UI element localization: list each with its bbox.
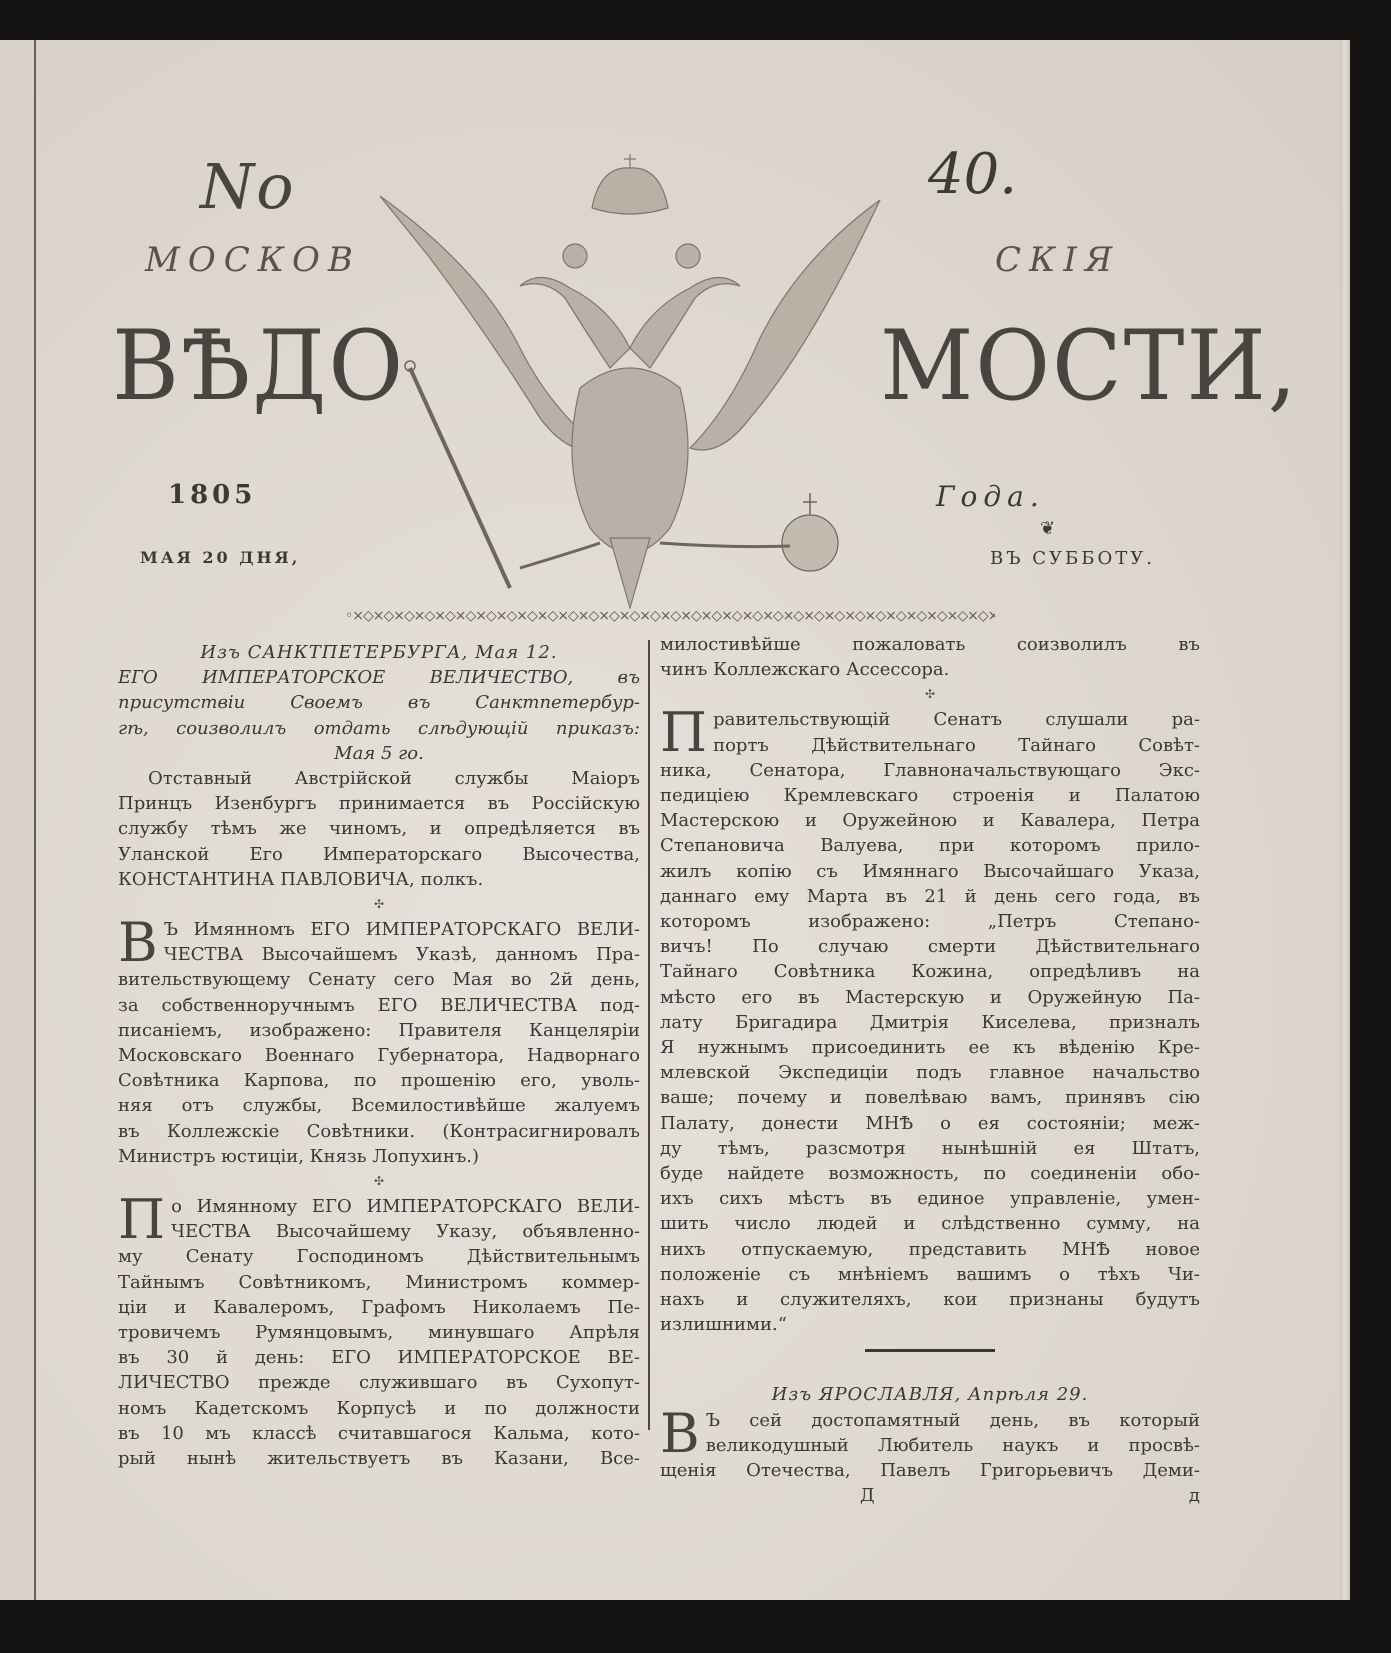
text-line: въ Коллежскіе Совѣтники. (Контрасигниров…: [118, 1119, 640, 1144]
text-line: ихъ сихъ мѣстъ въ единое управленіе, уме…: [660, 1186, 1200, 1211]
text-line: Тайнымъ Совѣтникомъ, Министромъ коммер-: [118, 1270, 640, 1295]
article-kalm-continued: милостивѣйше пожаловать соизволилъ въ чи…: [660, 632, 1200, 682]
text-line: положеніе съ мнѣніемъ вашимъ о тѣхъ Чи-: [660, 1262, 1200, 1287]
ornamental-rule: ◦×◇×◇×◇×◇×◇×◇×◇×◇×◇×◇×◇×◇×◇×◇×◇×◇×◇×◇×◇×…: [345, 608, 995, 624]
section-rule: [865, 1349, 995, 1352]
fleuron-icon: ❦: [1040, 518, 1055, 539]
left-column: Изъ САНКТПЕТЕРБУРГА, Мая 12. ЕГО ИМПЕРАТ…: [118, 640, 640, 1471]
text-line: мѣсто его въ Мастерскую и Оружейную Па-: [660, 985, 1200, 1010]
article-karpov: В Ъ Имянномъ ЕГО ИМПЕРАТОРСКАГО ВЕЛИ- ЧЕ…: [118, 917, 640, 1169]
text-line: Тайнаго Совѣтника Кожина, опредѣливъ на: [660, 959, 1200, 984]
article-isenburg: Отставный Австрійской службы Маіоръ Прин…: [118, 766, 640, 892]
text-line: Палату, донести МНѢ о ея состояніи; меж-: [660, 1111, 1200, 1136]
year-label: Года.: [936, 480, 1045, 513]
text-line: буде найдете возможность, по соединеніи …: [660, 1161, 1200, 1186]
text-line: которомъ изображено: „Петръ Степано-: [660, 909, 1200, 934]
text-line: ника, Сенатора, Главноначальствующаго Эк…: [660, 758, 1200, 783]
text-line: равительствующій Сенатъ слушали ра-: [713, 707, 1200, 732]
printer-signature: Д д: [660, 1483, 1200, 1508]
text-line: ЧЕСТВА Высочайшему Указу, объявленно-: [171, 1219, 640, 1244]
text-line: Ъ сей достопамятный день, въ который: [706, 1408, 1200, 1433]
text-line: ваше; почему и повелѣваю вамъ, принявъ с…: [660, 1085, 1200, 1110]
title-top-right: СКІЯ: [995, 240, 1120, 280]
text-line: нахъ и служителяхъ, кои признаны будутъ: [660, 1287, 1200, 1312]
double-headed-eagle-icon: [370, 148, 890, 618]
text-line: няя отъ службы, Всемилостивѣйше жалуемъ: [118, 1093, 640, 1118]
section-separator-icon: ✣: [660, 682, 1200, 707]
text-line: вичъ! По случаю смерти Дѣйствительнаго: [660, 934, 1200, 959]
text-line: Отставный Австрійской службы Маіоръ: [118, 766, 640, 791]
text-line: Принцъ Изенбургъ принимается въ Россійск…: [118, 791, 640, 816]
text-line: КОНСТАНТИНА ПАВЛОВИЧА, полкъ.: [118, 867, 640, 892]
text-line: Мастерскою и Оружейною и Кавалера, Петра: [660, 808, 1200, 833]
title-big-left: ВѢДО: [112, 310, 405, 422]
text-line: жилъ копію съ Имяннаго Высочайшаго Указа…: [660, 859, 1200, 884]
decree-intro-line: ЕГО ИМПЕРАТОРСКОЕ ВЕЛИЧЕСТВО, въ: [118, 665, 640, 690]
decree-date: Мая 5 го.: [118, 741, 640, 766]
text-line: нихъ отпускаемую, представить МНѢ новое: [660, 1237, 1200, 1262]
section-separator-icon: ✣: [118, 892, 640, 917]
text-line: Степановича Валуева, при которомъ прило-: [660, 833, 1200, 858]
text-line: Я нужнымъ присоединить ее къ вѣденію Кре…: [660, 1035, 1200, 1060]
text-line: Министръ юстиціи, Князь Лопухинъ.): [118, 1144, 640, 1169]
previous-leaf-edge: [0, 40, 36, 1600]
text-line: излишними.“: [660, 1312, 1200, 1337]
article-senate-report: П равительствующій Сенатъ слушали ра- по…: [660, 707, 1200, 1337]
text-line: щенія Отечества, Павелъ Григорьевичъ Дем…: [660, 1458, 1200, 1483]
issue-number: 40.: [928, 142, 1017, 207]
issue-number-prefix: No: [200, 150, 296, 223]
text-line: рый нынѣ жительствуетъ въ Казани, Все-: [118, 1446, 640, 1471]
text-line: тровичемъ Румянцовымъ, минувшаго Апрѣля: [118, 1320, 640, 1345]
year: 1805: [168, 480, 256, 510]
column-divider: [648, 640, 650, 1430]
dateline-yaroslavl: Изъ ЯРОСЛАВЛЯ, Апрѣля 29.: [660, 1382, 1200, 1407]
text-line: вительствующему Сенату сего Мая во 2й де…: [118, 967, 640, 992]
text-line: о Имянному ЕГО ИМПЕРАТОРСКАГО ВЕЛИ-: [171, 1194, 640, 1219]
text-line: службу тѣмъ же чиномъ, и опредѣляется въ: [118, 816, 640, 841]
decree-intro-line: присутствіи Своемъ въ Санктпетербур-: [118, 690, 640, 715]
text-line: лату Бригадира Дмитрія Киселева, признал…: [660, 1010, 1200, 1035]
right-column: милостивѣйше пожаловать соизволилъ въ чи…: [660, 632, 1200, 1509]
drop-cap: П: [660, 709, 707, 757]
text-line: му Сенату Господиномъ Дѣйствительнымъ: [118, 1244, 640, 1269]
text-line: Уланской Его Императорскаго Высочества,: [118, 842, 640, 867]
drop-cap: П: [118, 1196, 165, 1244]
text-line: ЧЕСТВА Высочайшемъ Указѣ, данномъ Пра-: [164, 942, 640, 967]
text-line: писаніемъ, изображено: Правителя Канцеля…: [118, 1018, 640, 1043]
text-line: ду тѣмъ, разсмотря нынѣшній ея Штатъ,: [660, 1136, 1200, 1161]
text-line: млевской Экспедиціи подъ главное начальс…: [660, 1060, 1200, 1085]
dateline-spb: Изъ САНКТПЕТЕРБУРГА, Мая 12.: [118, 640, 640, 665]
text-line: Совѣтника Карпова, по прошенію его, увол…: [118, 1068, 640, 1093]
text-line: даннаго ему Марта въ 21 й день сего года…: [660, 884, 1200, 909]
text-line: милостивѣйше пожаловать соизволилъ въ: [660, 632, 1200, 657]
text-line: въ 30 й день: ЕГО ИМПЕРАТОРСКОЕ ВЕ-: [118, 1345, 640, 1370]
issue-weekday: ВЪ СУББОТУ.: [990, 548, 1155, 569]
issue-date: МАЯ 20 ДНЯ,: [140, 548, 300, 567]
text-line: Ъ Имянномъ ЕГО ИМПЕРАТОРСКАГО ВЕЛИ-: [164, 917, 640, 942]
text-line: ЛИЧЕСТВО прежде служившаго въ Сухопут-: [118, 1370, 640, 1395]
text-line: великодушный Любитель наукъ и просвѣ-: [706, 1433, 1200, 1458]
drop-cap: В: [118, 919, 158, 967]
text-line: портъ Дѣйствительнаго Тайнаго Совѣт-: [713, 733, 1200, 758]
text-line: педиціею Кремлевскаго строенія и Палатою: [660, 783, 1200, 808]
text-line: въ 10 мъ классѣ считавшагося Кальма, кот…: [118, 1421, 640, 1446]
article-demidov: В Ъ сей достопамятный день, въ который в…: [660, 1408, 1200, 1484]
title-big-right: МОСТИ,: [880, 310, 1299, 422]
text-line: чинъ Коллежскаго Ассессора.: [660, 657, 1200, 682]
text-line: шить число людей и слѣдственно сумму, на: [660, 1211, 1200, 1236]
page-edge: [1340, 40, 1350, 1600]
text-line: ціи и Кавалеромъ, Графомъ Николаемъ Пе-: [118, 1295, 640, 1320]
text-line: номъ Кадетскомъ Корпусѣ и по должности: [118, 1396, 640, 1421]
newspaper-page: No 40. МОСКОВ СКІЯ ВѢДО МОСТИ, 1805 Года…: [0, 40, 1350, 1600]
title-top-left: МОСКОВ: [145, 240, 361, 280]
drop-cap: В: [660, 1410, 700, 1458]
article-kalm: П о Имянному ЕГО ИМПЕРАТОРСКАГО ВЕЛИ- ЧЕ…: [118, 1194, 640, 1471]
section-separator-icon: ✣: [118, 1169, 640, 1194]
decree-intro-line: гѣ, соизволилъ отдать слѣдующій приказъ:: [118, 716, 640, 741]
text-line: за собственноручнымъ ЕГО ВЕЛИЧЕСТВА под-: [118, 993, 640, 1018]
text-line: Московскаго Военнаго Губернатора, Надвор…: [118, 1043, 640, 1068]
